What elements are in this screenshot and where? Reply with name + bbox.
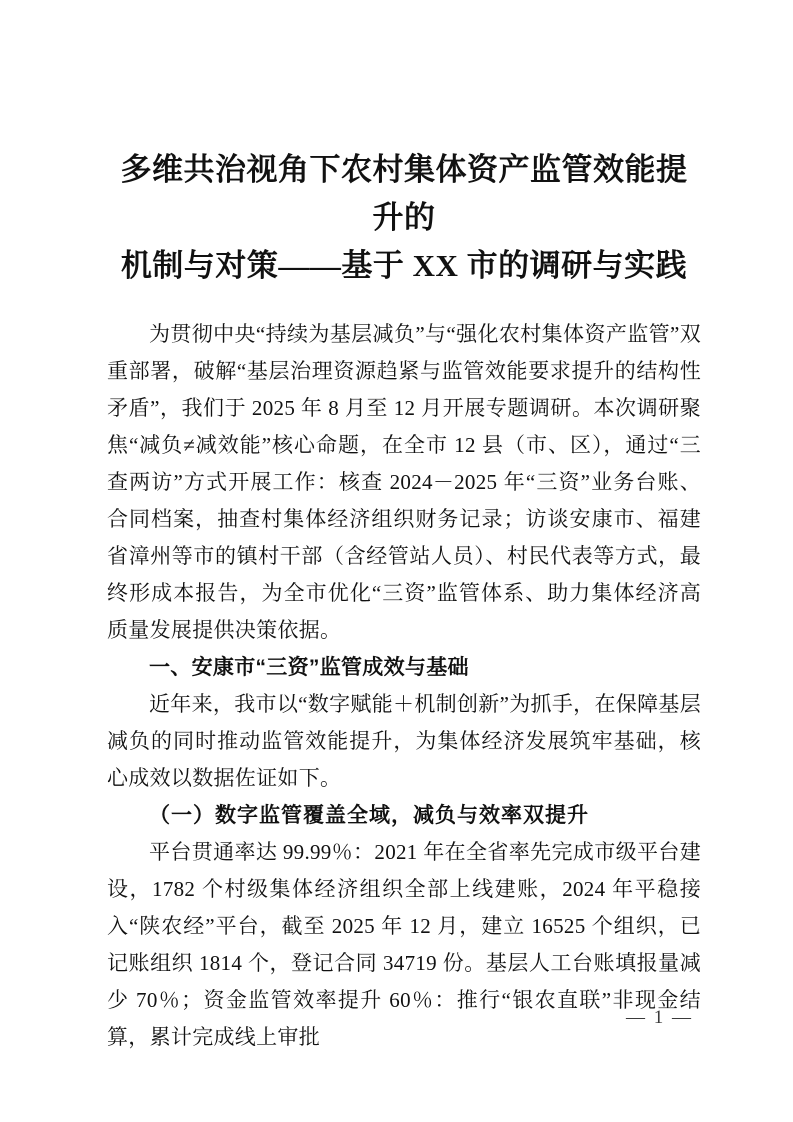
subsection-1-1-heading: （一）数字监管覆盖全域，减负与效率双提升 bbox=[107, 797, 701, 834]
section-1-paragraph: 近年来，我市以“数字赋能＋机制创新”为抓手，在保障基层减负的同时推动监管效能提升… bbox=[107, 686, 701, 797]
document-content: 多维共治视角下农村集体资产监管效能提升的 机制与对策——基于 XX 市的调研与实… bbox=[107, 146, 701, 1056]
section-1-heading: 一、安康市“三资”监管成效与基础 bbox=[107, 649, 701, 686]
document-title-line-1: 多维共治视角下农村集体资产监管效能提升的 bbox=[107, 146, 701, 242]
document-title: 多维共治视角下农村集体资产监管效能提升的 机制与对策——基于 XX 市的调研与实… bbox=[107, 146, 701, 290]
document-page: 多维共治视角下农村集体资产监管效能提升的 机制与对策——基于 XX 市的调研与实… bbox=[0, 0, 793, 1122]
document-title-line-2: 机制与对策——基于 XX 市的调研与实践 bbox=[107, 242, 701, 290]
intro-paragraph: 为贯彻中央“持续为基层减负”与“强化农村集体资产监管”双重部署，破解“基层治理资… bbox=[107, 316, 701, 649]
subsection-1-1-paragraph: 平台贯通率达 99.99％：2021 年在全省率先完成市级平台建设，1782 个… bbox=[107, 834, 701, 1056]
page-number: — 1 — bbox=[626, 1006, 693, 1030]
